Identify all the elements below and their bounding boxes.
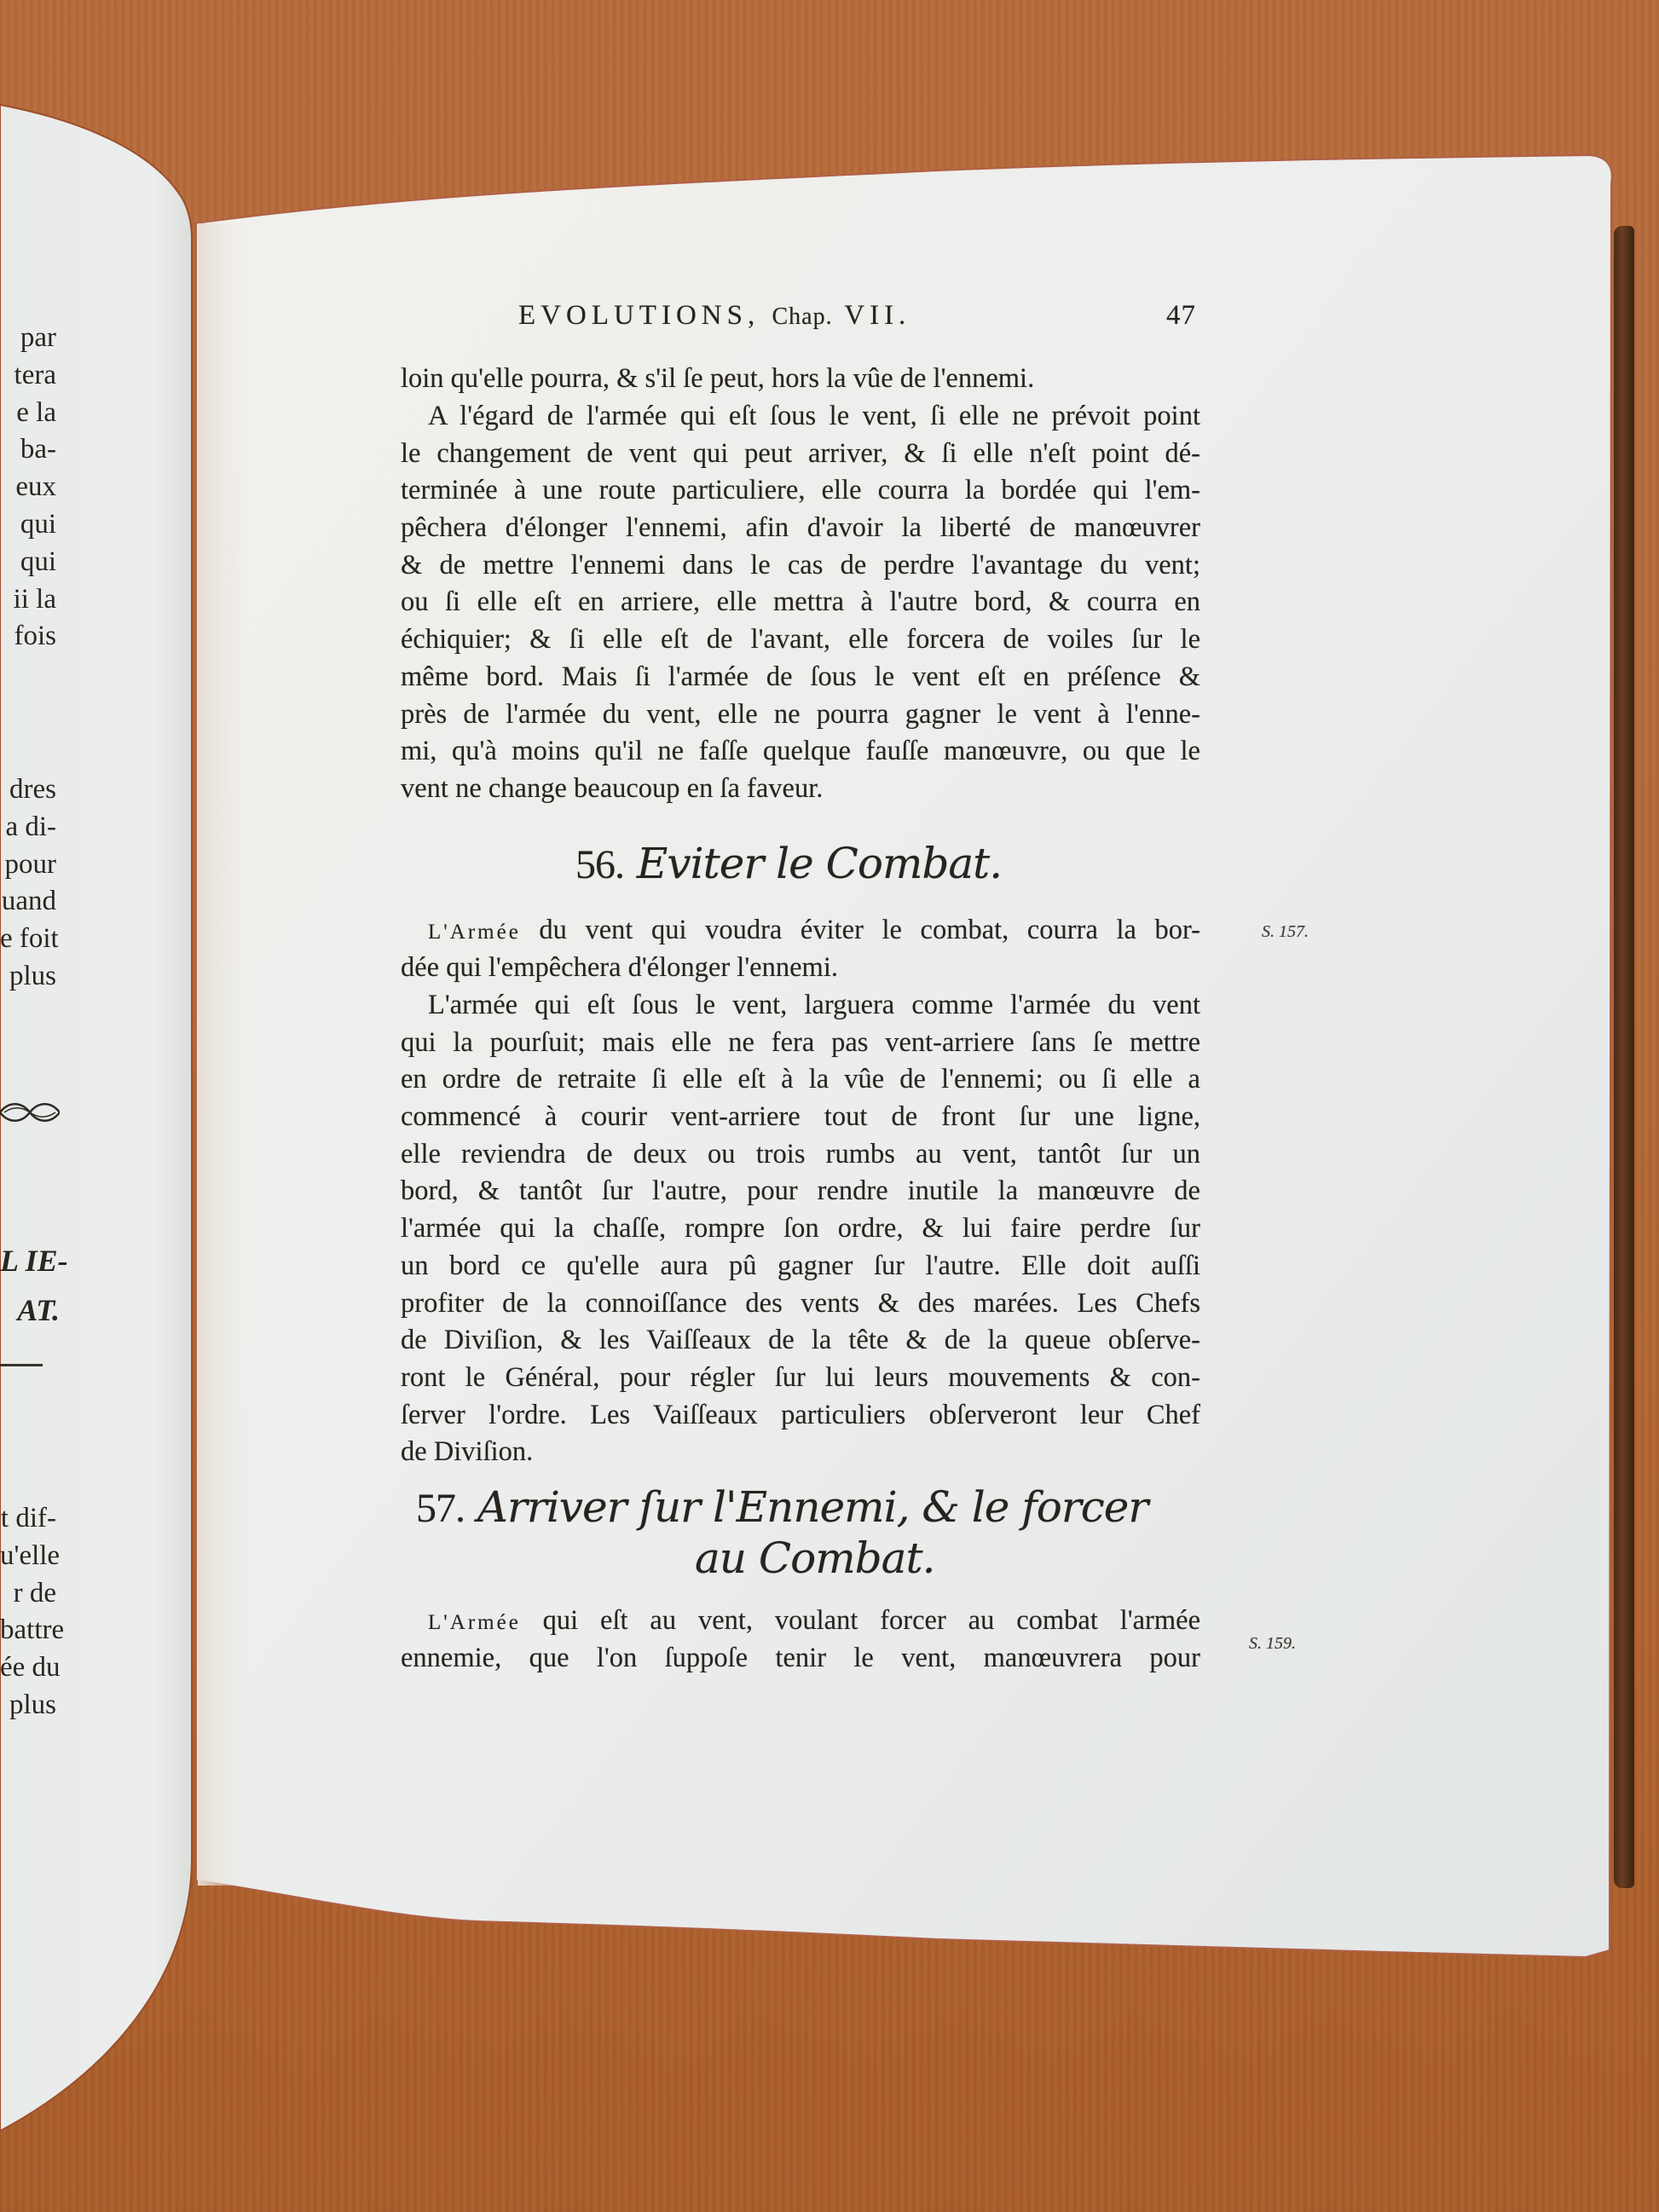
- left-fragment: plus: [0, 1687, 56, 1724]
- margin-note: S. 157.: [1262, 922, 1309, 942]
- text-line: A l'égard de l'armée qui eſt ſous le ven…: [401, 398, 1200, 436]
- text-line: un bord ce qu'elle aura pû gagner ſur l'…: [401, 1248, 1200, 1285]
- left-page-fragments-top: par tera e la ba- eux qui qui ii la fois: [0, 320, 56, 656]
- lead-smallcaps: L'Armée: [428, 1611, 521, 1634]
- left-fragment: fois: [0, 618, 56, 656]
- section-56-heading: 56. Eviter le Combat.: [575, 840, 1002, 889]
- left-fragment: par: [0, 320, 56, 357]
- text-line: terminée à une route particuliere, elle …: [401, 472, 1200, 510]
- text-line: profiter de la connoiſſance des vents & …: [401, 1285, 1200, 1323]
- text-line: même bord. Mais ſi l'armée de ſous le ve…: [401, 659, 1200, 696]
- text-line: pêchera d'élonger l'ennemi, afin d'avoir…: [401, 510, 1200, 547]
- text-line: L'Armée qui eſt au vent, voulant forcer …: [401, 1603, 1200, 1640]
- text-line: L'armée qui eſt ſous le vent, larguera c…: [401, 987, 1200, 1025]
- text-line-rest: qui eſt au vent, voulant forcer au comba…: [521, 1605, 1200, 1636]
- left-fragment: a di-: [0, 809, 56, 846]
- section-number: 57.: [416, 1486, 465, 1531]
- left-fragment: eux: [0, 469, 56, 506]
- section-title-line-2: au Combat.: [695, 1533, 934, 1583]
- section-56-paragraph-2: L'armée qui eſt ſous le vent, larguera c…: [401, 987, 1200, 1471]
- paragraph-continuation: loin qu'elle pourra, & s'il ſe peut, hor…: [401, 361, 1200, 398]
- page-number: 47: [1166, 300, 1196, 332]
- text-line: qui la pourſuit; mais elle ne fera pas v…: [401, 1025, 1200, 1062]
- left-page-heading-fragment: L IE- AT.: [0, 1236, 60, 1335]
- text-line: bord, & tantôt ſur l'autre, pour rendre …: [401, 1173, 1200, 1210]
- left-heading-fragment: L IE-: [0, 1236, 60, 1285]
- text-line: ſerver l'ordre. Les Vaiſſeaux particulie…: [401, 1397, 1200, 1435]
- left-heading-fragment: AT.: [0, 1285, 60, 1335]
- left-fragment: qui: [0, 544, 56, 581]
- text-line: vent ne change beaucoup en ſa faveur.: [401, 771, 1200, 808]
- text-line: loin qu'elle pourra, & s'il ſe peut, hor…: [401, 361, 1200, 398]
- text-line: en ordre de retraite ſi elle eſt à la vû…: [401, 1061, 1200, 1099]
- running-head-chapter-prefix: Chap.: [772, 303, 832, 330]
- section-title: Eviter le Combat.: [637, 839, 1002, 888]
- margin-note: S. 159.: [1249, 1634, 1296, 1654]
- running-head-title: EVOLUTIONS,: [518, 300, 760, 331]
- section-title-line-1: Arriver ſur l'Ennemi, & le forcer: [477, 1482, 1147, 1532]
- section-56-paragraph-1: L'Armée du vent qui voudra éviter le com…: [401, 912, 1200, 986]
- text-line: de Diviſion, & les Vaiſſeaux de la tête …: [401, 1322, 1200, 1360]
- left-fragment: pour: [0, 846, 56, 884]
- left-fragment: e la: [0, 395, 56, 432]
- book-spine-edge: [1614, 226, 1634, 1888]
- running-head: EVOLUTIONS, Chap. VII.: [518, 300, 1200, 332]
- lead-smallcaps: L'Armée: [428, 921, 521, 944]
- left-fragment: battre: [0, 1612, 56, 1649]
- text-line: elle reviendra de deux ou trois rumbs au…: [401, 1136, 1200, 1174]
- text-line: échiquier; & ſi elle eſt de l'avant, ell…: [401, 621, 1200, 659]
- section-57-paragraph-1: L'Armée qui eſt au vent, voulant forcer …: [401, 1603, 1200, 1677]
- left-fragment: t dif-: [0, 1500, 56, 1538]
- left-fragment: r de: [0, 1575, 56, 1613]
- text-line: ront le Général, pour régler ſur lui leu…: [401, 1360, 1200, 1397]
- left-page-rule: [0, 1364, 43, 1366]
- text-line: de Diviſion.: [401, 1434, 1200, 1471]
- left-fragment: ii la: [0, 581, 56, 619]
- left-fragment: u'elle: [0, 1538, 56, 1575]
- text-line: dée qui l'empêchera d'élonger l'ennemi.: [401, 950, 1200, 987]
- text-line: près de l'armée du vent, elle ne pourra …: [401, 696, 1200, 734]
- left-fragment: uand: [0, 883, 56, 921]
- left-fragment: ba-: [0, 431, 56, 469]
- text-line-rest: du vent qui voudra éviter le combat, cou…: [521, 915, 1200, 945]
- text-line: & de mettre l'ennemi dans le cas de perd…: [401, 547, 1200, 585]
- left-fragment: ée du: [0, 1649, 56, 1687]
- paragraph-leeward-army: A l'égard de l'armée qui eſt ſous le ven…: [401, 398, 1200, 808]
- running-head-chapter: VII.: [844, 300, 910, 331]
- section-57-heading-line-2: au Combat.: [695, 1534, 934, 1582]
- section-number: 56.: [575, 842, 624, 887]
- section-57-heading-line-1: 57. Arriver ſur l'Ennemi, & le forcer: [416, 1483, 1147, 1533]
- text-line: l'armée qui la chaſſe, rompre ſon ordre,…: [401, 1210, 1200, 1248]
- left-fragment: tera: [0, 357, 56, 395]
- left-fragment: e foit: [0, 921, 56, 958]
- text-line: commencé à courir vent-arriere tout de f…: [401, 1099, 1200, 1136]
- left-fragment: dres: [0, 771, 56, 809]
- text-line: L'Armée du vent qui voudra éviter le com…: [401, 912, 1200, 950]
- text-line: le changement de vent qui peut arriver, …: [401, 436, 1200, 473]
- left-fragment: qui: [0, 506, 56, 544]
- left-page-fragments-bottom: t dif- u'elle r de battre ée du plus: [0, 1500, 56, 1724]
- ornament-flourish-icon: [0, 1100, 60, 1125]
- text-line: ou ſi elle eſt en arriere, elle mettra à…: [401, 584, 1200, 621]
- left-page-fragments-middle: dres a di- pour uand e foit plus: [0, 771, 56, 996]
- text-line: ennemie, que l'on ſuppoſe tenir le vent,…: [401, 1640, 1200, 1678]
- left-fragment: plus: [0, 958, 56, 996]
- text-line: mi, qu'à moins qu'il ne faſſe quelque fa…: [401, 733, 1200, 771]
